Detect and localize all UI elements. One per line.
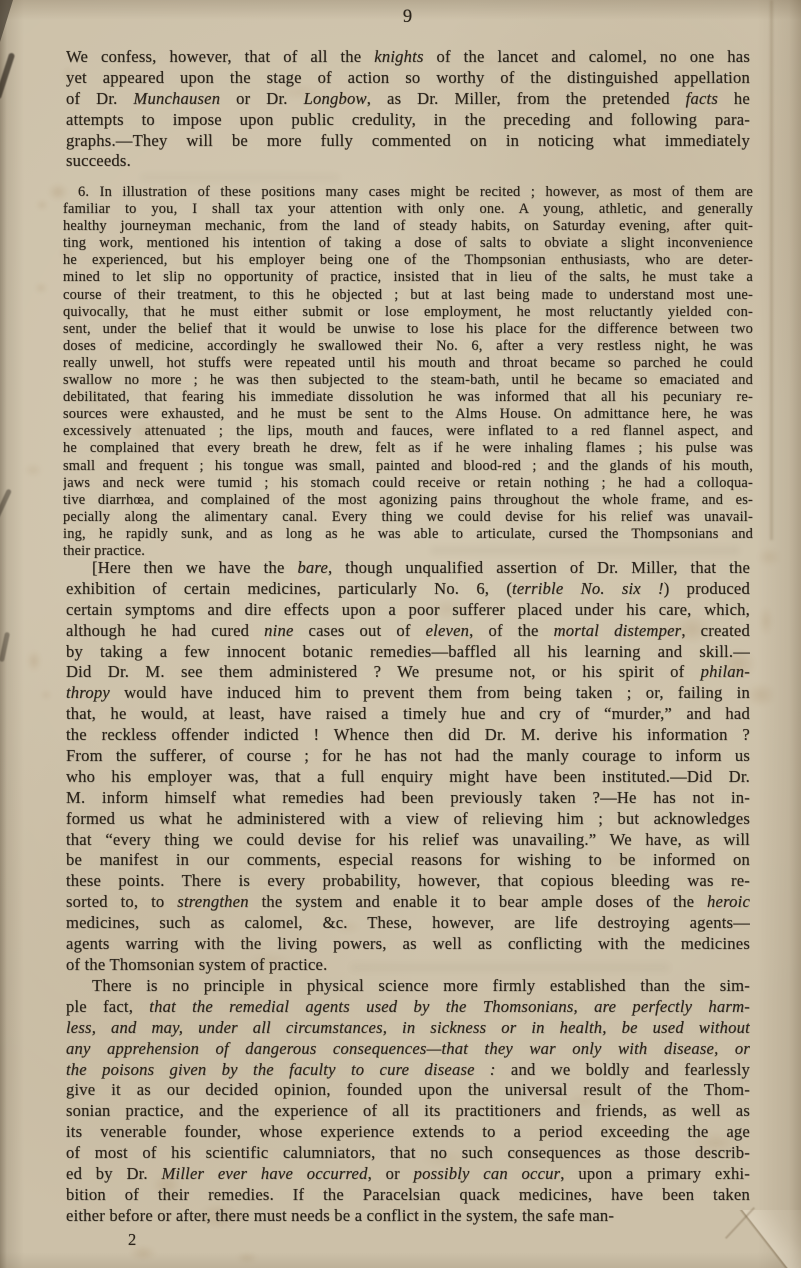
scanned-page: 9 We confess, however, that of all the k… — [0, 0, 801, 1268]
text-line: he experienced, but his employer being o… — [63, 252, 753, 269]
signature-mark: 2 — [128, 1230, 136, 1250]
foxing-stain — [232, 1250, 262, 1266]
text-line: that “every thing we could devise for hi… — [66, 830, 750, 851]
text-line: ple fact, that the remedial agents used … — [66, 997, 750, 1018]
text-line: of the Thomsonian system of practice. — [66, 955, 750, 976]
text-line: although he had cured nine cases out of … — [66, 621, 750, 642]
foxing-stain — [24, 646, 44, 676]
text-line: healthy journeyman mechanic, from the la… — [63, 218, 753, 235]
text-line: familiar to you, I shall tax your attent… — [63, 201, 753, 218]
text-line: be manifest in our comments, especial re… — [66, 850, 750, 871]
ink-smudge — [0, 632, 10, 662]
torn-corner-mark — [0, 0, 13, 42]
text-line: the reckless offender indicted ! Whence … — [66, 725, 750, 746]
paragraph-opening: We confess, however, that of all the kni… — [66, 47, 750, 172]
foxing-stain — [38, 688, 54, 702]
text-line: formed us what he administered with a vi… — [66, 809, 750, 830]
paragraph-principle: There is no principle in physical scienc… — [66, 976, 750, 1227]
page-number: 9 — [66, 7, 750, 28]
text-line: jaws and neck were tumid ; his stomach c… — [63, 475, 753, 492]
text-line: the poisons given by the faculty to cure… — [66, 1060, 750, 1081]
foxing-stain — [756, 600, 776, 642]
text-line: medicines, such as calomel, &c. These, h… — [66, 913, 750, 934]
text-line: of Dr. Munchausen or Dr. Longbow, as Dr.… — [66, 89, 750, 110]
text-line: graphs.—They will be more fully commente… — [66, 131, 750, 152]
page-crease — [770, 0, 773, 540]
foxing-stain — [20, 460, 46, 480]
text-line: give it as our decided opinion, founded … — [66, 1080, 750, 1101]
text-line: [Here then we have the bare, though unqu… — [66, 558, 750, 579]
text-line: We confess, however, that of all the kni… — [66, 47, 750, 68]
ink-smudge — [0, 489, 12, 522]
text-line: debilitated, that fearing his immediate … — [63, 389, 753, 406]
text-line: tive diarrhœa, and complained of the mos… — [63, 492, 753, 509]
text-line: sonian practice, and the experience of a… — [66, 1101, 750, 1122]
text-line: ing, he rapidly sunk, and as long as he … — [63, 526, 753, 543]
text-line: From the sufferer, of course ; for he ha… — [66, 746, 750, 767]
text-line: yet appeared upon the stage of action so… — [66, 68, 750, 89]
text-line: ting work, mentioned his intention of ta… — [63, 235, 753, 252]
text-line: quivocally, that he must either submit o… — [63, 304, 753, 321]
text-line: these points. There is every probability… — [66, 871, 750, 892]
text-line: attempts to impose upon public credulity… — [66, 110, 750, 131]
foxing-stain — [752, 544, 786, 570]
text-line: ed by Dr. Miller ever have occurred, or … — [66, 1164, 750, 1185]
text-line: of most of his scientific calumniators, … — [66, 1143, 750, 1164]
foxing-stain — [32, 280, 50, 296]
text-line: thropy would have induced him to prevent… — [66, 683, 750, 704]
text-line: really unwell, hot stuffs were repeated … — [63, 355, 753, 372]
text-line: Did Dr. M. see them administered ? We pr… — [66, 662, 750, 683]
text-line: its venerable founder, whose experience … — [66, 1122, 750, 1143]
text-line: sources were exhausted, and he must be s… — [63, 406, 753, 423]
text-line: by taking a few innocent botanic remedie… — [66, 642, 750, 663]
text-line: less, and may, under all circumstances, … — [66, 1018, 750, 1039]
text-line: succeeds. — [66, 151, 750, 172]
text-line: sent, under the belief that it would be … — [63, 321, 753, 338]
text-line: swallow no more ; he was then subjected … — [63, 372, 753, 389]
paragraph-commentary: [Here then we have the bare, though unqu… — [66, 558, 750, 976]
text-line: that, he would, at least, have raised a … — [66, 704, 750, 725]
text-line: sorted to, to strengthen the system and … — [66, 892, 750, 913]
text-line: mined to let slip no opportunity of prac… — [63, 269, 753, 286]
text-line: M. inform himself what remedies had been… — [66, 788, 750, 809]
text-line: exhibition of certain medicines, particu… — [66, 579, 750, 600]
text-line: pecially along the alimentary canal. Eve… — [63, 509, 753, 526]
text-line: who his employer was, that a full enquir… — [66, 767, 750, 788]
text-line: doses of medicine, accordingly he swallo… — [63, 338, 753, 355]
text-line: course of their treatment, to this he ob… — [63, 287, 753, 304]
text-line: any apprehension of dangerous consequenc… — [66, 1039, 750, 1060]
text-line: he complained that every breath he drew,… — [63, 440, 753, 457]
show-through — [140, 173, 340, 182]
text-line: excessively attenuated ; the lips, mouth… — [63, 423, 753, 440]
text-line: certain symptoms and dire effects upon a… — [66, 600, 750, 621]
text-line: There is no principle in physical scienc… — [66, 976, 750, 997]
text-line: small and frequent ; his tongue was smal… — [63, 458, 753, 475]
ink-smudge — [0, 52, 15, 100]
text-line: agents warring with the living powers, a… — [66, 934, 750, 955]
text-line: bition of their remedies. If the Paracel… — [66, 1185, 750, 1206]
text-line: 6. In illustration of these positions ma… — [63, 184, 753, 201]
text-line: either before or after, there must needs… — [66, 1206, 750, 1227]
paragraph-case-report: 6. In illustration of these positions ma… — [63, 184, 753, 560]
foxing-stain — [34, 198, 50, 212]
